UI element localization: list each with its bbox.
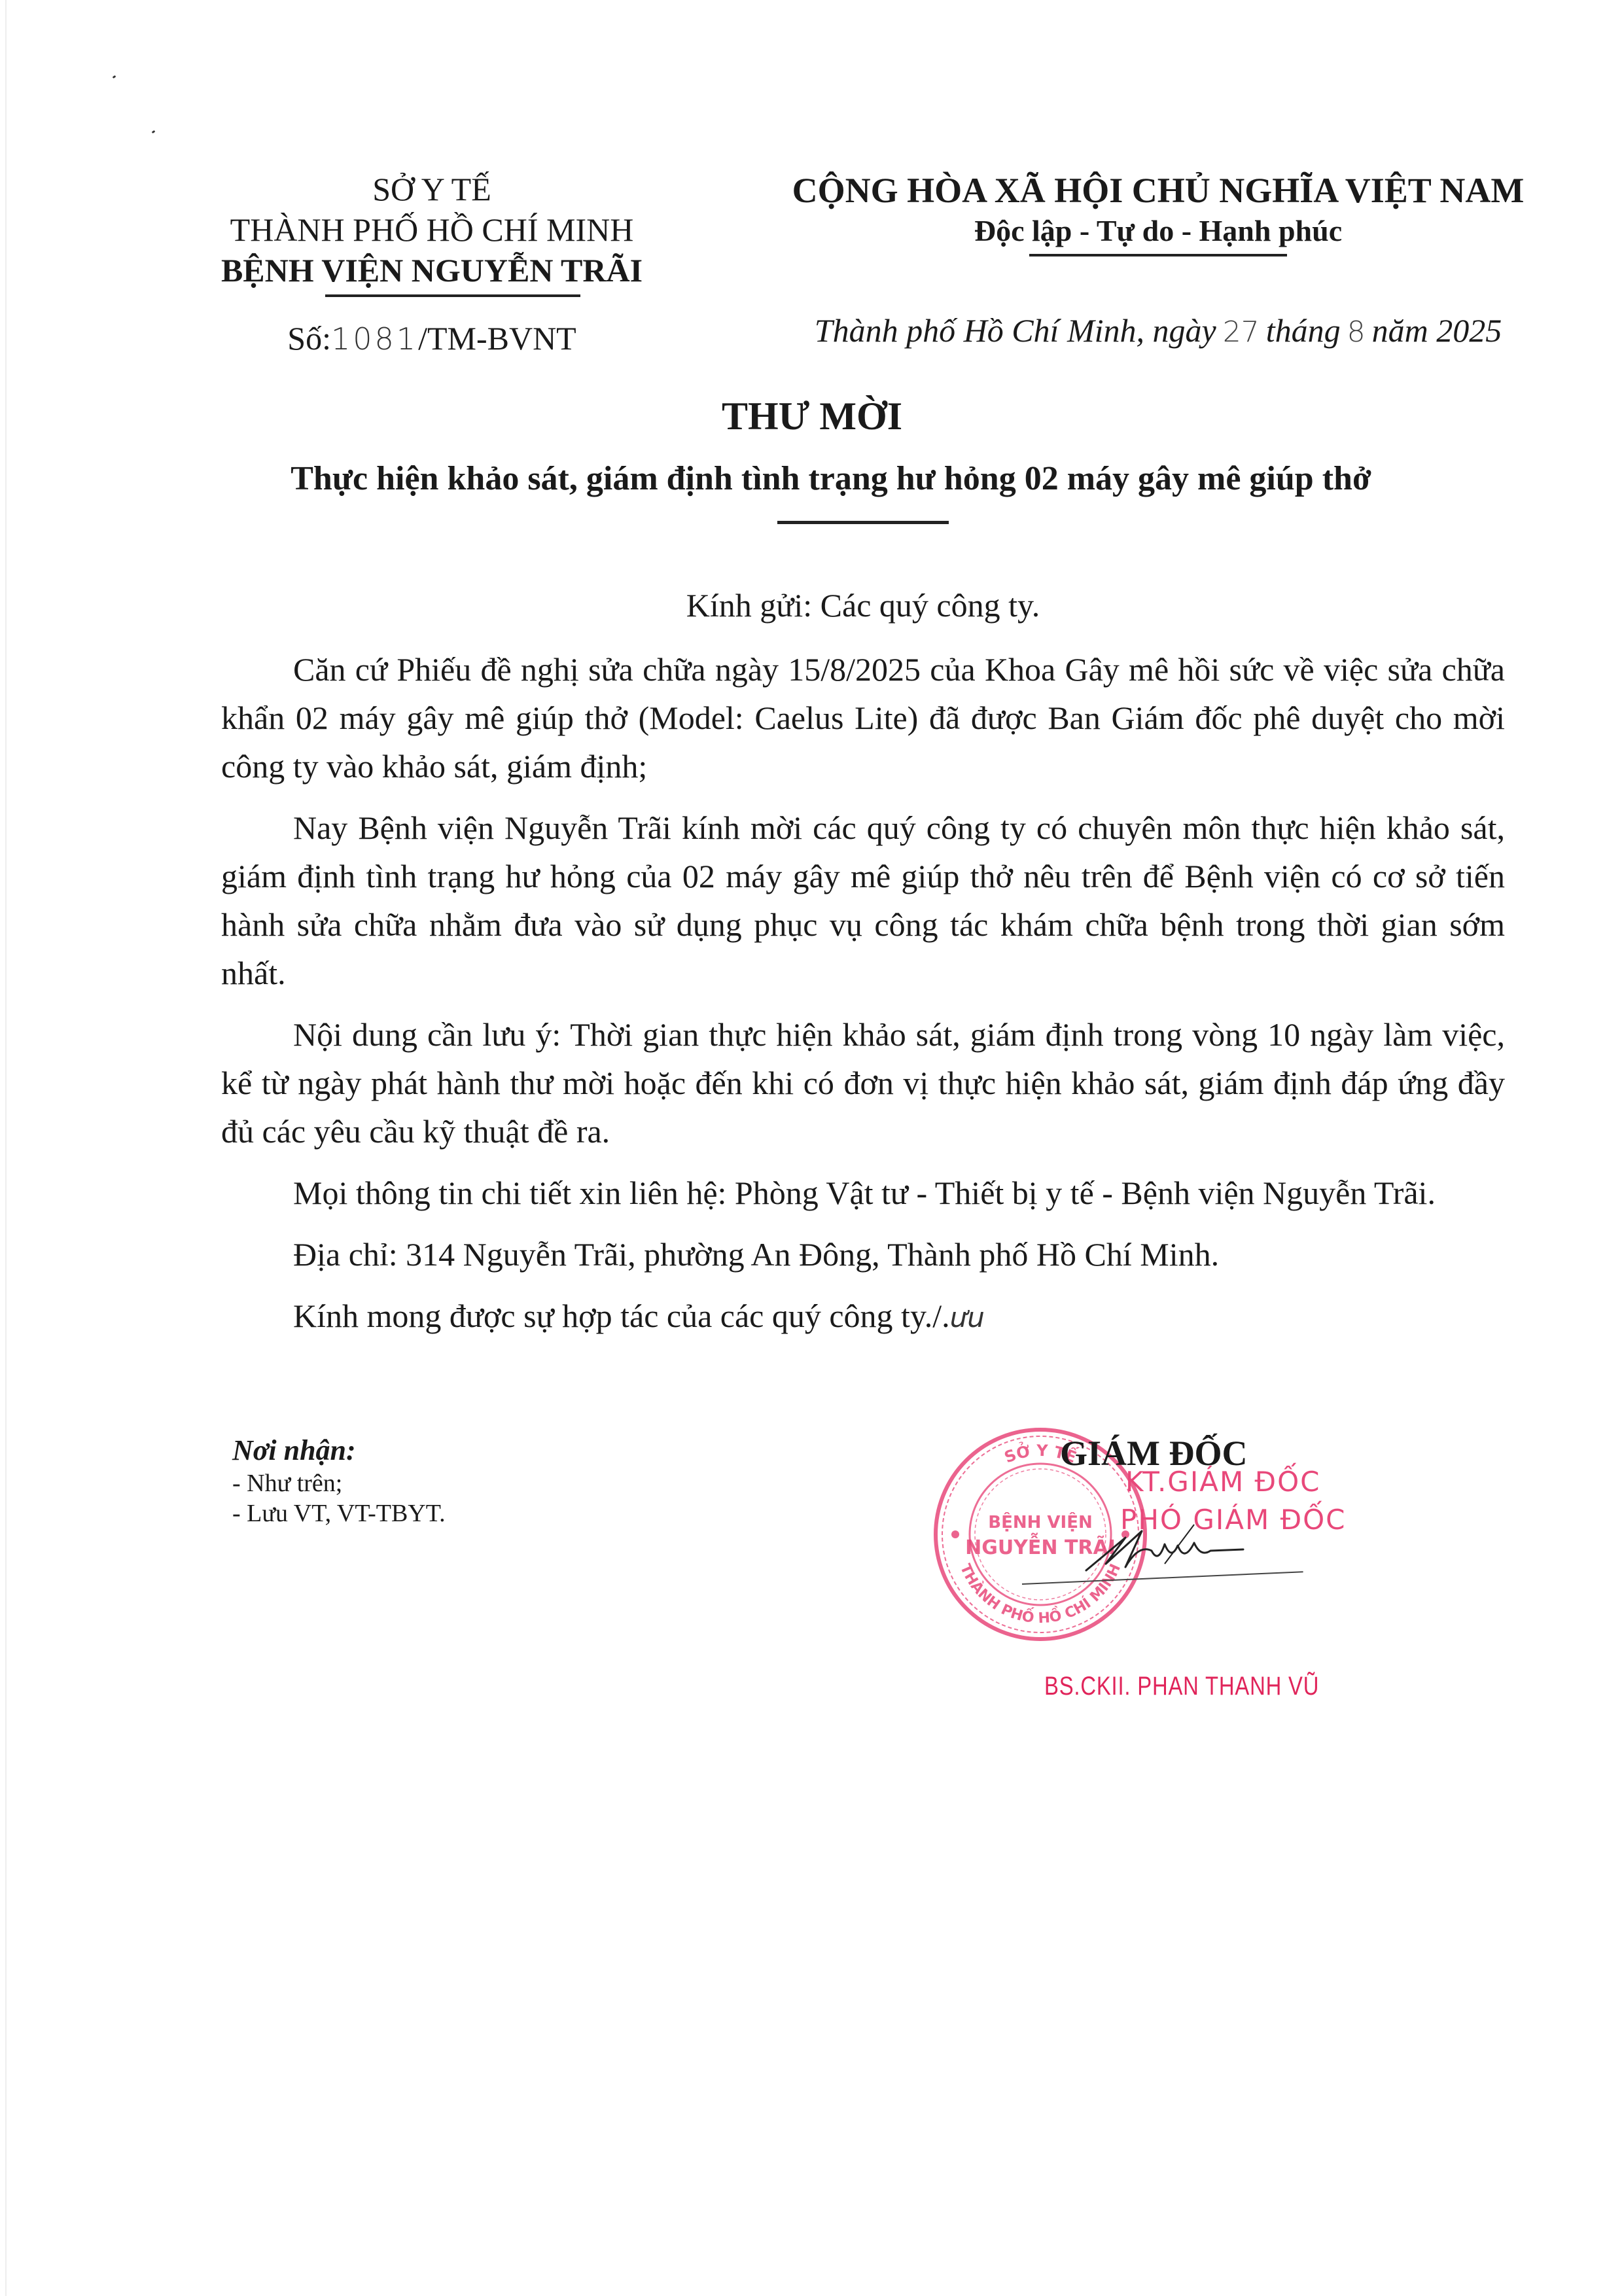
document-title: THƯ MỜI <box>0 394 1624 439</box>
paragraph: Mọi thông tin chi tiết xin liên hệ: Phòn… <box>221 1169 1505 1217</box>
greeting: Kính gửi: Các quý công ty. <box>221 581 1505 629</box>
date-day-handwritten: 27 <box>1216 315 1266 349</box>
nation-name: CỘNG HÒA XÃ HỘI CHỦ NGHĨA VIỆT NAM <box>733 169 1583 212</box>
document-subtitle: Thực hiện khảo sát, giám định tình trạng… <box>222 459 1439 498</box>
city-name: THÀNH PHỐ HỒ CHÍ MINH <box>177 209 687 250</box>
handwritten-signature-icon <box>1080 1505 1289 1583</box>
document-number: Số:1081/TM-BVNT <box>177 318 687 359</box>
paragraph: Căn cứ Phiếu đề nghị sửa chữa ngày 15/8/… <box>221 645 1505 790</box>
signer-name: BS.CKII. PHAN THANH VŨ <box>1044 1672 1319 1701</box>
initial-mark: ưu <box>950 1301 985 1333</box>
recipient-item: - Như trên; <box>232 1468 756 1498</box>
document-date: Thành phố Hồ Chí Minh, ngày27tháng8năm 2… <box>733 310 1583 353</box>
paragraph: Địa chỉ: 314 Nguyễn Trãi, phường An Đông… <box>221 1230 1505 1279</box>
hospital-name: BỆNH VIỆN NGUYỄN TRÃI <box>177 250 687 291</box>
doc-number-prefix: Số: <box>287 320 331 357</box>
date-month-handwritten: 8 <box>1341 315 1372 349</box>
scan-edge <box>5 0 7 2296</box>
closing-text: Kính mong được sự hợp tác của các quý cô… <box>293 1298 950 1334</box>
date-year-label: năm 2025 <box>1372 312 1502 349</box>
signatory-title: GIÁM ĐỐC <box>1060 1433 1247 1474</box>
national-motto: Độc lập - Tự do - Hạnh phúc <box>733 212 1583 250</box>
date-month-label: tháng <box>1266 312 1341 349</box>
svg-text:BỆNH VIỆN: BỆNH VIỆN <box>988 1511 1092 1532</box>
motto-underline <box>1029 254 1287 256</box>
issuing-authority-block: SỞ Y TẾ THÀNH PHỐ HỒ CHÍ MINH BỆNH VIỆN … <box>177 169 687 359</box>
date-prefix: Thành phố Hồ Chí Minh, ngày <box>815 312 1216 349</box>
scan-speck <box>113 75 116 79</box>
letter-body: Kính gửi: Các quý công ty. Căn cứ Phiếu … <box>221 581 1505 1355</box>
hospital-name-underline <box>325 294 580 297</box>
recipient-item: - Lưu VT, VT-TBYT. <box>232 1498 756 1528</box>
subtitle-underline <box>777 521 949 524</box>
paragraph: Nay Bệnh viện Nguyễn Trãi kính mời các q… <box>221 804 1505 997</box>
scan-speck <box>152 130 156 133</box>
closing-line: Kính mong được sự hợp tác của các quý cô… <box>221 1292 1505 1342</box>
department-name: SỞ Y TẾ <box>177 169 687 209</box>
recipients-heading: Nơi nhận: <box>232 1433 756 1468</box>
paragraph: Nội dung cần lưu ý: Thời gian thực hiện … <box>221 1010 1505 1156</box>
doc-number-handwritten: 1081 <box>331 321 418 357</box>
recipients-block: Nơi nhận: - Như trên; - Lưu VT, VT-TBYT. <box>232 1433 756 1528</box>
national-header-block: CỘNG HÒA XÃ HỘI CHỦ NGHĨA VIỆT NAM Độc l… <box>733 169 1583 353</box>
doc-number-suffix: /TM-BVNT <box>418 320 576 357</box>
